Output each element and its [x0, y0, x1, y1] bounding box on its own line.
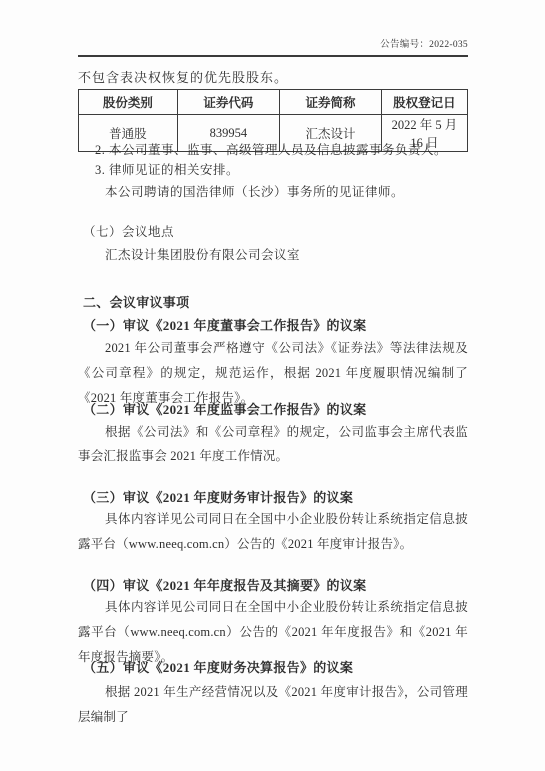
- agenda-item-1-title: （一）审议《2021 年度董事会工作报告》的议案: [78, 315, 468, 334]
- column-header-security-code: 证券代码: [177, 90, 279, 115]
- list-item-lawyer-arrangement: 3. 律师见证的相关安排。: [78, 160, 468, 178]
- agenda-item-5-body: 根据 2021 年生产经营情况以及《2021 年度审计报告》，公司管理层编制了: [78, 680, 468, 730]
- header-divider: [78, 55, 468, 57]
- agenda-item-3-title: （三）审议《2021 年度财务审计报告》的议案: [78, 487, 468, 506]
- agenda-item-2-title: （二）审议《2021 年度监事会工作报告》的议案: [78, 399, 468, 418]
- agenda-item-2-body: 根据《公司法》和《公司章程》的规定，公司监事会主席代表监事会汇报监事会 2021…: [78, 420, 468, 468]
- venue-heading: （七）会议地点: [78, 222, 468, 240]
- column-header-security-name: 证券简称: [280, 90, 382, 115]
- table-header-row: 股份类别 证券代码 证券简称 股权登记日: [79, 90, 468, 115]
- lawyer-note: 本公司聘请的国浩律师（长沙）事务所的见证律师。: [78, 182, 468, 200]
- announcement-number: 公告编号：2022-035: [78, 36, 468, 50]
- column-header-share-class: 股份类别: [79, 90, 178, 115]
- list-item-directors: 2. 本公司董事、监事、高级管理人员及信息披露事务负责人。: [78, 140, 468, 158]
- column-header-record-date: 股权登记日: [381, 90, 467, 115]
- document-page: 公告编号：2022-035 不包含表决权恢复的优先股股东。 股份类别 证券代码 …: [0, 0, 545, 771]
- agenda-item-3-body: 具体内容详见公司同日在全国中小企业股份转让系统指定信息披露平台（www.neeq…: [78, 507, 468, 557]
- agenda-item-4-title: （四）审议《2021 年年度报告及其摘要》的议案: [78, 575, 468, 594]
- venue-location: 汇杰设计集团股份有限公司会议室: [78, 245, 468, 263]
- agenda-section-heading: 二、会议审议事项: [78, 292, 468, 311]
- agenda-item-5-title: （五）审议《2021 年度财务决算报告》的议案: [78, 657, 468, 676]
- preamble-note: 不包含表决权恢复的优先股股东。: [78, 67, 468, 86]
